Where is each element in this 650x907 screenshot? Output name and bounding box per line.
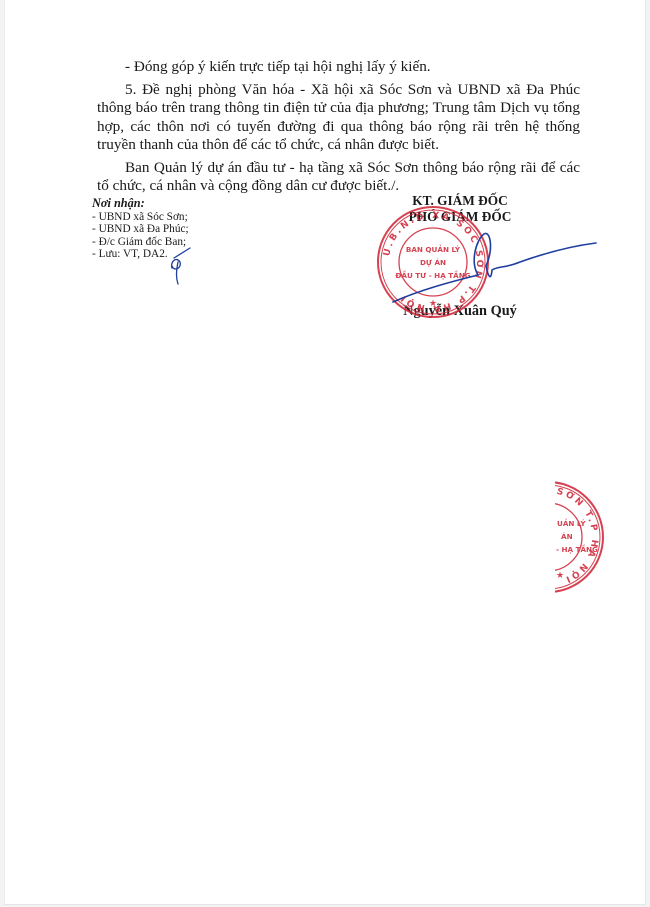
paragraph-item-5: 5. Đề nghị phòng Văn hóa - Xã hội xã Sóc… xyxy=(97,81,580,154)
signer-name: Nguyễn Xuân Quý xyxy=(365,303,555,320)
recipient-item: - Lưu: VT, DA2. xyxy=(92,248,189,261)
signature-title-line1: KT. GIÁM ĐỐC xyxy=(365,193,555,209)
recipients-list: Nơi nhận: - UBND xã Sóc Sơn; - UBND xã Đ… xyxy=(92,197,189,261)
paragraph-contribution: - Đóng góp ý kiến trực tiếp tại hội nghị… xyxy=(97,58,580,76)
signature-title-block: KT. GIÁM ĐỐC PHÓ GIÁM ĐỐC xyxy=(365,193,555,224)
recipient-item: - Đ/c Giám đốc Ban; xyxy=(92,236,189,249)
signature-title-line2: PHÓ GIÁM ĐỐC xyxy=(365,209,555,225)
document-page: - Đóng góp ý kiến trực tiếp tại hội nghị… xyxy=(4,0,646,905)
recipient-item: - UBND xã Đa Phúc; xyxy=(92,223,189,236)
paragraph-closing: Ban Quản lý dự án đầu tư - hạ tầng xã Só… xyxy=(97,159,580,195)
body-text: - Đóng góp ý kiến trực tiếp tại hội nghị… xyxy=(97,58,580,195)
recipient-item: - UBND xã Sóc Sơn; xyxy=(92,211,189,224)
recipients-heading: Nơi nhận: xyxy=(92,197,189,210)
